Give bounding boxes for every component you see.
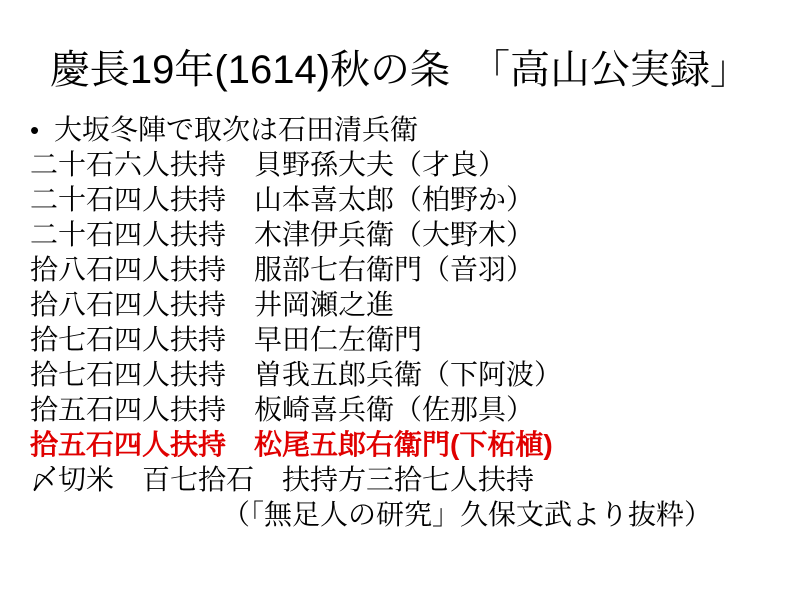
stipend-line: 拾八石四人扶持 服部七右衛門（音羽） — [30, 252, 770, 287]
source-citation: （「無足人の研究」久保文武より抜粋） — [30, 497, 770, 532]
slide-body: •大坂冬陣で取次は石田清兵衛 二十石六人扶持 貝野孫大夫（才良） 二十石四人扶持… — [30, 112, 770, 532]
stipend-line: 二十石六人扶持 貝野孫大夫（才良） — [30, 147, 770, 182]
bullet-item-text: 大坂冬陣で取次は石田清兵衛 — [54, 114, 418, 145]
bullet-icon: • — [30, 113, 54, 148]
stipend-line: 拾七石四人扶持 早田仁左衛門 — [30, 322, 770, 357]
slide-title: 慶長19年(1614)秋の条 「高山公実録」 — [0, 38, 800, 95]
total-line: 〆切米 百七拾石 扶持方三拾七人扶持 — [30, 462, 770, 497]
stipend-line: 拾七石四人扶持 曽我五郎兵衛（下阿波） — [30, 357, 770, 392]
presentation-slide: 慶長19年(1614)秋の条 「高山公実録」 •大坂冬陣で取次は石田清兵衛 二十… — [0, 0, 800, 600]
bullet-item: •大坂冬陣で取次は石田清兵衛 — [30, 112, 770, 147]
emphasis-stipend-line: 拾五石四人扶持 松尾五郎右衛門(下柘植) — [30, 427, 770, 462]
stipend-line: 拾八石四人扶持 井岡瀬之進 — [30, 287, 770, 322]
stipend-line: 二十石四人扶持 山本喜太郎（柏野か） — [30, 182, 770, 217]
stipend-line: 拾五石四人扶持 板崎喜兵衛（佐那具） — [30, 392, 770, 427]
stipend-line: 二十石四人扶持 木津伊兵衛（大野木） — [30, 217, 770, 252]
